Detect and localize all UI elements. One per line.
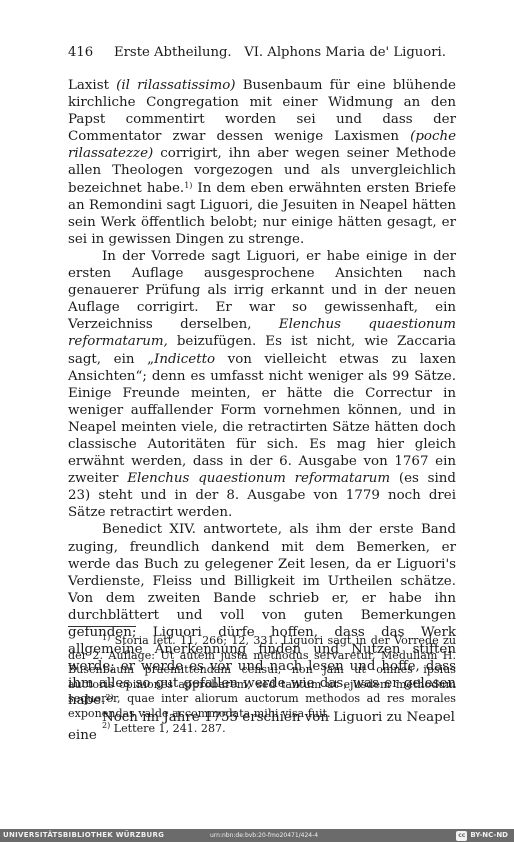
- license-label: BY-NC-ND: [470, 831, 508, 839]
- page-number: 416: [68, 44, 114, 61]
- footnote-2: 2) Lettere 1, 241. 287.: [68, 722, 456, 737]
- license-link[interactable]: ccBY-NC-ND: [456, 829, 508, 842]
- running-title: Erste Abtheilung. VI. Alphons Maria de' …: [114, 45, 446, 60]
- running-head: 416Erste Abtheilung. VI. Alphons Maria d…: [68, 44, 456, 61]
- creative-commons-icon: cc: [456, 831, 467, 841]
- paragraph-1: Laxist (il rilassatissimo) Busenbaum für…: [68, 77, 456, 248]
- paragraph-2: In der Vorrede sagt Liguori, er habe ein…: [68, 248, 456, 522]
- bottom-bar: UNIVERSITÄTSBIBLIOTHEK WÜRZBURG urn:nbn:…: [0, 829, 514, 842]
- footnote-divider: [68, 626, 136, 627]
- library-logo[interactable]: UNIVERSITÄTSBIBLIOTHEK WÜRZBURG: [3, 829, 164, 842]
- urn-link[interactable]: urn:nbn:de:bvb:20-fmo20471/424-4: [210, 829, 318, 842]
- footnotes: 1) Storia lett. 11, 266; 12, 331. Liguor…: [68, 634, 456, 736]
- footnote-1: 1) Storia lett. 11, 266; 12, 331. Liguor…: [68, 634, 456, 722]
